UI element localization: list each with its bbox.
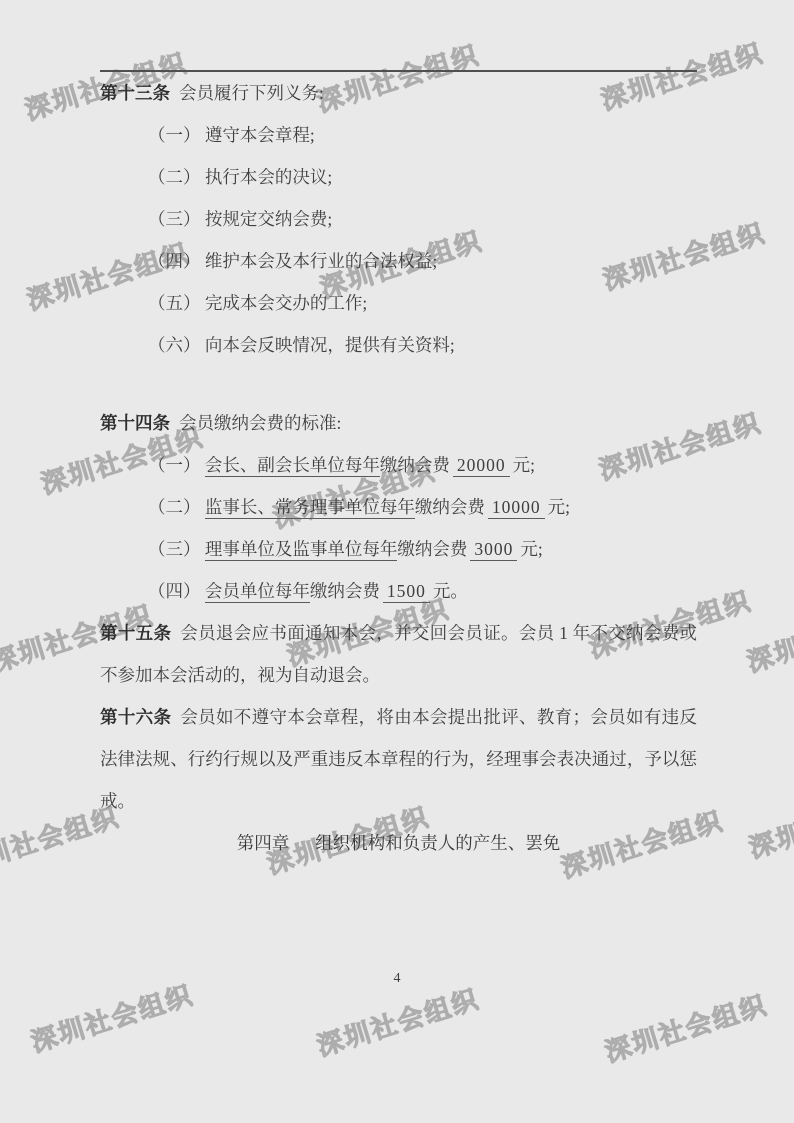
fee-amount-blank: 20000 — [453, 455, 510, 477]
article-15-paragraph: 第十五条会员退会应书面通知本会，并交回会员证。会员 1 年不交纳会费或不参加本会… — [100, 612, 697, 696]
article-14-label: 第十四条 — [100, 413, 170, 433]
chapter-title: 组织机构和负责人的产生、罢免 — [315, 833, 560, 853]
fee-org-blank: 监事长、常务理事单位每年 — [205, 497, 415, 519]
chapter-number: 第四章 — [237, 833, 290, 853]
fee-mid-text: 缴纳会费 — [380, 455, 450, 475]
article-13-item-3: （三） 按规定交纳会费; — [100, 198, 697, 240]
article-16-text: 会员如不遵守本会章程，将由本会提出批评、教育；会员如有违反法律法规、行约行规以及… — [100, 707, 697, 811]
article-14-heading: 第十四条会员缴纳会费的标准: — [100, 402, 697, 444]
item-number: （四） — [148, 581, 205, 601]
article-13-item-2: （二） 执行本会的决议; — [100, 156, 697, 198]
fee-org-blank: 会员单位每年 — [205, 581, 310, 603]
article-13-item-6: （六） 向本会反映情况，提供有关资料; — [100, 324, 697, 366]
chapter-4-heading: 第四章组织机构和负责人的产生、罢免 — [100, 822, 697, 864]
page-number: 4 — [0, 971, 794, 987]
fee-tail-text: 元; — [548, 497, 570, 517]
article-14-item-2: （二） 监事长、常务理事单位每年缴纳会费10000元; — [100, 486, 697, 528]
article-13-heading: 第十三条会员履行下列义务: — [100, 72, 697, 114]
document-page: 深圳社会组织深圳社会组织深圳社会组织深圳社会组织深圳社会组织深圳社会组织深圳社会… — [0, 0, 794, 1123]
fee-tail-text: 元。 — [433, 581, 468, 601]
fee-org-blank: 理事单位及监事单位每年 — [205, 539, 398, 561]
fee-org-blank: 会长、副会长单位每年 — [205, 455, 380, 477]
article-15-text: 会员退会应书面通知本会，并交回会员证。会员 1 年不交纳会费或不参加本会活动的，… — [100, 623, 697, 685]
article-13-intro: 会员履行下列义务: — [179, 83, 324, 103]
article-14-intro: 会员缴纳会费的标准: — [179, 413, 341, 433]
watermark-text: 深圳社会组织 — [26, 975, 197, 1060]
article-13-item-1: （一） 遵守本会章程; — [100, 114, 697, 156]
watermark-text: 深圳社会组织 — [600, 985, 771, 1070]
fee-mid-text: 缴纳会费 — [310, 581, 380, 601]
item-number: （三） — [148, 539, 205, 559]
paragraph-gap — [100, 366, 697, 402]
article-13-item-4: （四） 维护本会及本行业的合法权益; — [100, 240, 697, 282]
fee-amount-blank: 1500 — [383, 581, 430, 603]
article-13-label: 第十三条 — [100, 83, 170, 103]
fee-tail-text: 元; — [513, 455, 535, 475]
item-number: （二） — [148, 497, 205, 517]
article-15-label: 第十五条 — [100, 623, 171, 643]
article-16-label: 第十六条 — [100, 707, 171, 727]
article-14-item-1: （一） 会长、副会长单位每年缴纳会费20000元; — [100, 444, 697, 486]
article-14-item-3: （三） 理事单位及监事单位每年缴纳会费3000元; — [100, 528, 697, 570]
item-number: （一） — [148, 455, 205, 475]
fee-amount-blank: 10000 — [488, 497, 545, 519]
fee-mid-text: 缴纳会费 — [415, 497, 485, 517]
document-body: 第十三条会员履行下列义务: （一） 遵守本会章程; （二） 执行本会的决议; （… — [100, 0, 697, 864]
fee-amount-blank: 3000 — [470, 539, 517, 561]
article-16-paragraph: 第十六条会员如不遵守本会章程，将由本会提出批评、教育；会员如有违反法律法规、行约… — [100, 696, 697, 822]
fee-tail-text: 元; — [520, 539, 542, 559]
watermark-text: 深圳社会组织 — [744, 781, 794, 866]
article-14-item-4: （四） 会员单位每年缴纳会费1500元。 — [100, 570, 697, 612]
article-13-item-5: （五） 完成本会交办的工作; — [100, 282, 697, 324]
fee-mid-text: 缴纳会费 — [397, 539, 467, 559]
watermark-text: 深圳社会组织 — [312, 979, 483, 1064]
